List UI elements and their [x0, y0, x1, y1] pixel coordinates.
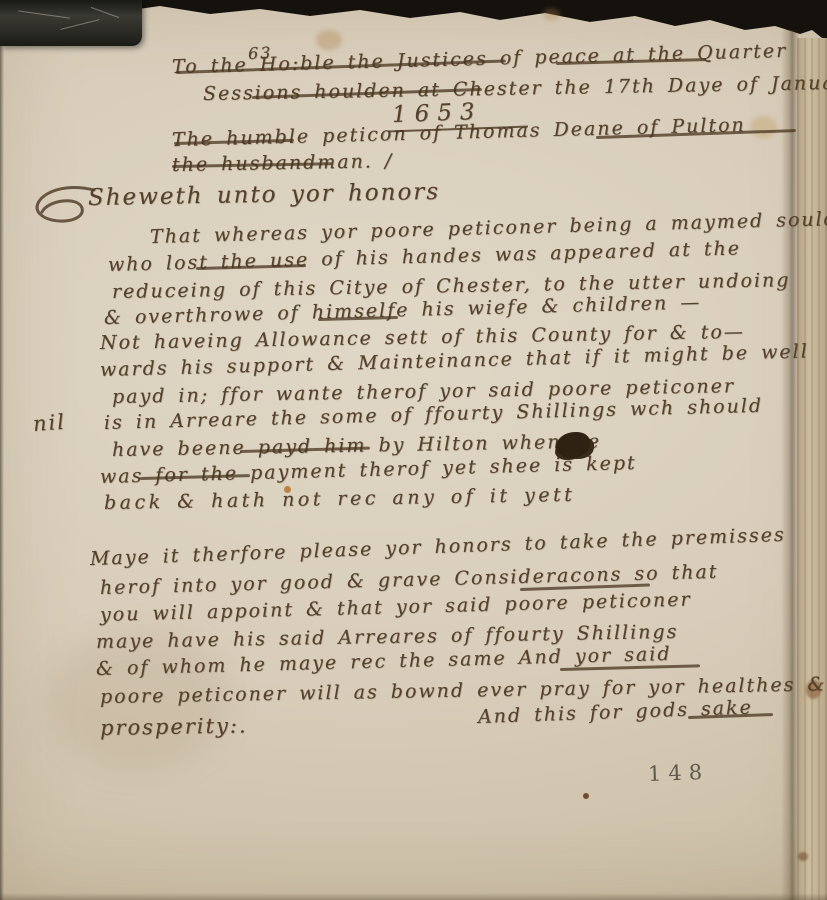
ink-speck: [583, 793, 589, 799]
clip-scratch: [60, 19, 99, 30]
page-number: 148: [648, 760, 710, 786]
paper-stain: [750, 116, 777, 138]
left-page-edge: [0, 46, 4, 900]
metal-clip: [0, 0, 142, 46]
margin-note: nil: [32, 410, 67, 436]
bottom-page-edge: [0, 893, 827, 900]
underlying-page-edge: [797, 38, 827, 900]
paper-stain: [316, 30, 342, 50]
clip-scratch: [18, 10, 70, 18]
closing-line: prosperity:.: [100, 713, 248, 740]
paper-stain: [543, 8, 560, 21]
manuscript-scan: 63 To the Ho:ble the Justices of peace a…: [0, 0, 827, 900]
clip-scratch: [91, 7, 120, 18]
edge-smudge: [798, 852, 808, 861]
